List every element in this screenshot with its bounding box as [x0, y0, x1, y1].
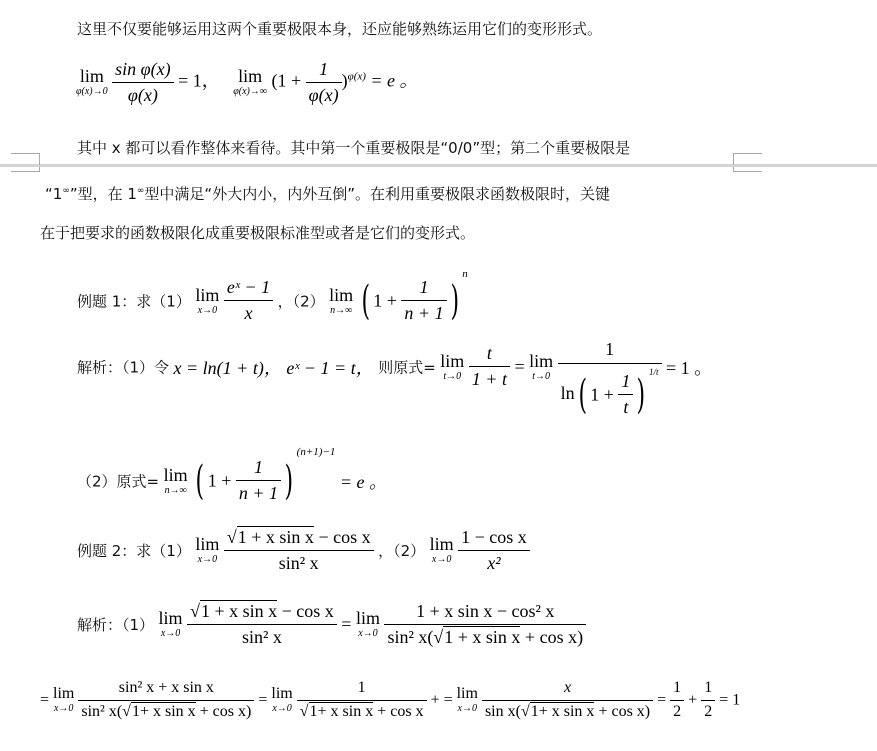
solution-2: 解析：（1） limx→0 √1 + x sin x − cos xsin² x… — [77, 602, 586, 647]
lim-operator: limφ(x)→∞ — [233, 67, 267, 97]
paragraph-key-point: “1∞”型，在 1∞型中满足“外大内小，内外互倒”。在利用重要极限求函数极限时，… — [45, 183, 610, 204]
example-1: 例题 1：求（1） limx→0 eˣ − 1x ，（2） limn→∞ (1 … — [77, 268, 468, 323]
formula-important-limits: limφ(x)→0 sin φ(x)φ(x) = 1， limφ(x)→∞ (1… — [76, 60, 418, 105]
solution-1: 解析：（1）令 x = ln(1 + t)， eˣ − 1 = t， 则原式= … — [77, 340, 712, 417]
solution-2-continued: = limx→0 sin² x + x sin xsin² x(√1+ x si… — [40, 680, 740, 721]
fraction: sin φ(x)φ(x) — [112, 60, 173, 105]
page-corner-mark — [733, 153, 762, 165]
lim-operator: limφ(x)→0 — [76, 67, 108, 97]
page-corner-mark — [11, 167, 40, 172]
fraction: 1φ(x) — [306, 60, 342, 105]
paragraph-standard-form: 在于把要求的函数极限化成重要极限标准型或者是它们的变形式。 — [40, 222, 475, 243]
page-corner-mark — [733, 167, 762, 172]
paragraph-intro: 这里不仅要能够运用这两个重要极限本身，还应能够熟练运用它们的变形形式。 — [77, 18, 602, 39]
example-2: 例题 2：求（1） limx→0 √1 + x sin x − cos xsin… — [77, 528, 530, 573]
page-corner-mark — [11, 153, 40, 165]
paragraph-limit-types: 其中 x 都可以看作整体来看待。其中第一个重要极限是“0/0”型；第二个重要极限… — [77, 137, 630, 158]
solution-1-part-2: （2）原式= limn→∞ (1 + 1n + 1)(n+1)−1 = e 。 — [77, 446, 387, 503]
